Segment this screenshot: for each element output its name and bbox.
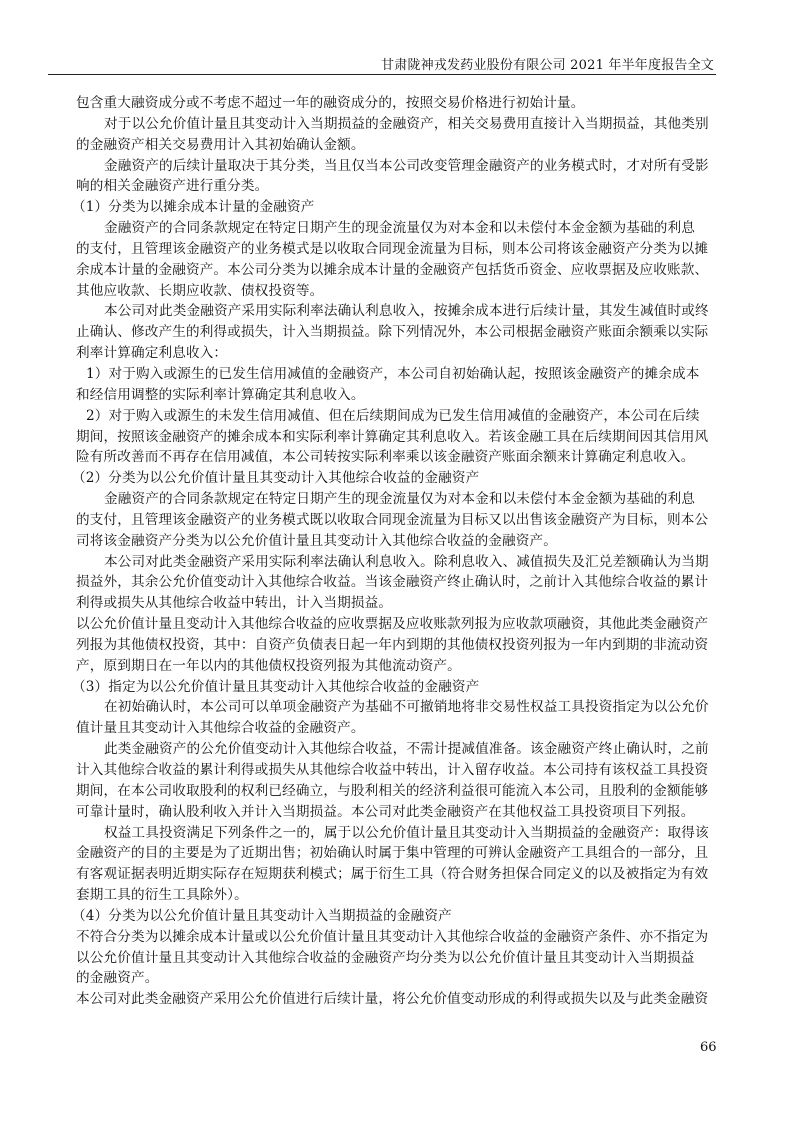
text-line: 响的相关金融资产进行重分类。 [76, 176, 720, 197]
text-line: 以公允价值计量且其变动计入其他综合收益的金融资产均分类为以公允价值计量且其变动计… [76, 948, 720, 969]
text-line: 列报为其他债权投资，其中：自资产负债表日起一年内到期的其他债权投资列报为一年内到… [76, 635, 720, 656]
page-number: 66 [700, 1040, 717, 1055]
text-line: 损益外，其余公允价值变动计入其他综合收益。当该金融资产终止确认时，之前计入其他综… [76, 572, 720, 593]
document-body: 包含重大融资成分或不考虑不超过一年的融资成分的，按照交易价格进行初始计量。对于以… [76, 93, 720, 1010]
text-line: 和经信用调整的实际利率计算确定其利息收入。 [76, 385, 720, 406]
section-heading: （1）分类为以摊余成本计量的金融资产 [72, 197, 720, 218]
text-line: 本公司对此类金融资产采用实际利率法确认利息收入，按摊余成本进行后续计量，其发生减… [76, 301, 720, 322]
text-line: 的金融资产。 [76, 968, 720, 989]
text-line: 其他应收款、长期应收款、债权投资等。 [76, 281, 720, 302]
text-line: 1）对于购入或源生的已发生信用减值的金融资产，本公司自初始确认起，按照该金融资产… [76, 364, 720, 385]
text-line: 金融资产的合同条款规定在特定日期产生的现金流量仅为对本金和以未偿付本金金额为基础… [76, 218, 720, 239]
text-line: 产，原到期日在一年以内的其他债权投资列报为其他流动资产。 [76, 656, 720, 677]
text-line: 有客观证据表明近期实际存在短期获利模式；属于衍生工具（符合财务担保合同定义的以及… [76, 864, 720, 885]
text-line: 套期工具的衍生工具除外）。 [76, 885, 720, 906]
text-line: 权益工具投资满足下列条件之一的，属于以公允价值计量且其变动计入当期损益的金融资产… [76, 823, 720, 844]
text-line: 险有所改善而不再存在信用减值，本公司转按实际利率乘以该金融资产账面余额来计算确定… [76, 447, 720, 468]
section-heading: （2）分类为以公允价值计量且其变动计入其他综合收益的金融资产 [72, 468, 720, 489]
text-line: 利得或损失从其他综合收益中转出，计入当期损益。 [76, 593, 720, 614]
report-title: 甘肃陇神戎发药业股份有限公司 2021 年半年度报告全文 [381, 54, 714, 73]
text-line: 可靠计量时，确认股利收入并计入当期损益。本公司对此类金融资产在其他权益工具投资项… [76, 802, 720, 823]
page-header: 甘肃陇神戎发药业股份有限公司 2021 年半年度报告全文 [48, 52, 716, 75]
text-line: 利率计算确定利息收入： [76, 343, 720, 364]
text-line: 的金融资产相关交易费用计入其初始确认金额。 [76, 135, 720, 156]
text-line: 不符合分类为以摊余成本计量或以公允价值计量且其变动计入其他综合收益的金融资产条件… [76, 927, 720, 948]
text-line: 2）对于购入或源生的未发生信用减值、但在后续期间成为已发生信用减值的金融资产，本… [76, 406, 720, 427]
text-line: 本公司对此类金融资产采用实际利率法确认利息收入。除利息收入、减值损失及汇兑差额确… [76, 552, 720, 573]
text-line: 在初始确认时，本公司可以单项金融资产为基础不可撤销地将非交易性权益工具投资指定为… [76, 697, 720, 718]
text-line: 的支付，且管理该金融资产的业务模式既以收取合同现金流量为目标又以出售该金融资产为… [76, 510, 720, 531]
text-line: 金融资产的目的主要是为了近期出售；初始确认时属于集中管理的可辨认金融资产工具组合… [76, 843, 720, 864]
text-line: 本公司对此类金融资产采用公允价值进行后续计量，将公允价值变动形成的利得或损失以及… [76, 989, 720, 1010]
text-line: 对于以公允价值计量且其变动计入当期损益的金融资产，相关交易费用直接计入当期损益，… [76, 114, 720, 135]
text-line: 以公允价值计量且变动计入其他综合收益的应收票据及应收账款列报为应收款项融资，其他… [76, 614, 720, 635]
text-line: 金融资产的合同条款规定在特定日期产生的现金流量仅为对本金和以未偿付本金金额为基础… [76, 489, 720, 510]
section-heading: （4）分类为以公允价值计量且其变动计入当期损益的金融资产 [72, 906, 720, 927]
text-line: 计入其他综合收益的累计利得或损失从其他综合收益中转出，计入留存收益。本公司持有该… [76, 760, 720, 781]
text-line: 此类金融资产的公允价值变动计入其他综合收益，不需计提减值准备。该金融资产终止确认… [76, 739, 720, 760]
text-line: 期间，在本公司收取股利的权利已经确立，与股利相关的经济利益很可能流入本公司，且股… [76, 781, 720, 802]
text-line: 值计量且其变动计入其他综合收益的金融资产。 [76, 718, 720, 739]
section-heading: （3）指定为以公允价值计量且其变动计入其他综合收益的金融资产 [72, 677, 720, 698]
text-line: 止确认、修改产生的利得或损失，计入当期损益。除下列情况外，本公司根据金融资产账面… [76, 322, 720, 343]
text-line: 包含重大融资成分或不考虑不超过一年的融资成分的，按照交易价格进行初始计量。 [76, 93, 720, 114]
text-line: 司将该金融资产分类为以公允价值计量且其变动计入其他综合收益的金融资产。 [76, 531, 720, 552]
text-line: 金融资产的后续计量取决于其分类，当且仅当本公司改变管理金融资产的业务模式时，才对… [76, 156, 720, 177]
text-line: 的支付，且管理该金融资产的业务模式是以收取合同现金流量为目标，则本公司将该金融资… [76, 239, 720, 260]
text-line: 期间，按照该金融资产的摊余成本和实际利率计算确定其利息收入。若该金融工具在后续期… [76, 427, 720, 448]
text-line: 余成本计量的金融资产。本公司分类为以摊余成本计量的金融资产包括货币资金、应收票据… [76, 260, 720, 281]
